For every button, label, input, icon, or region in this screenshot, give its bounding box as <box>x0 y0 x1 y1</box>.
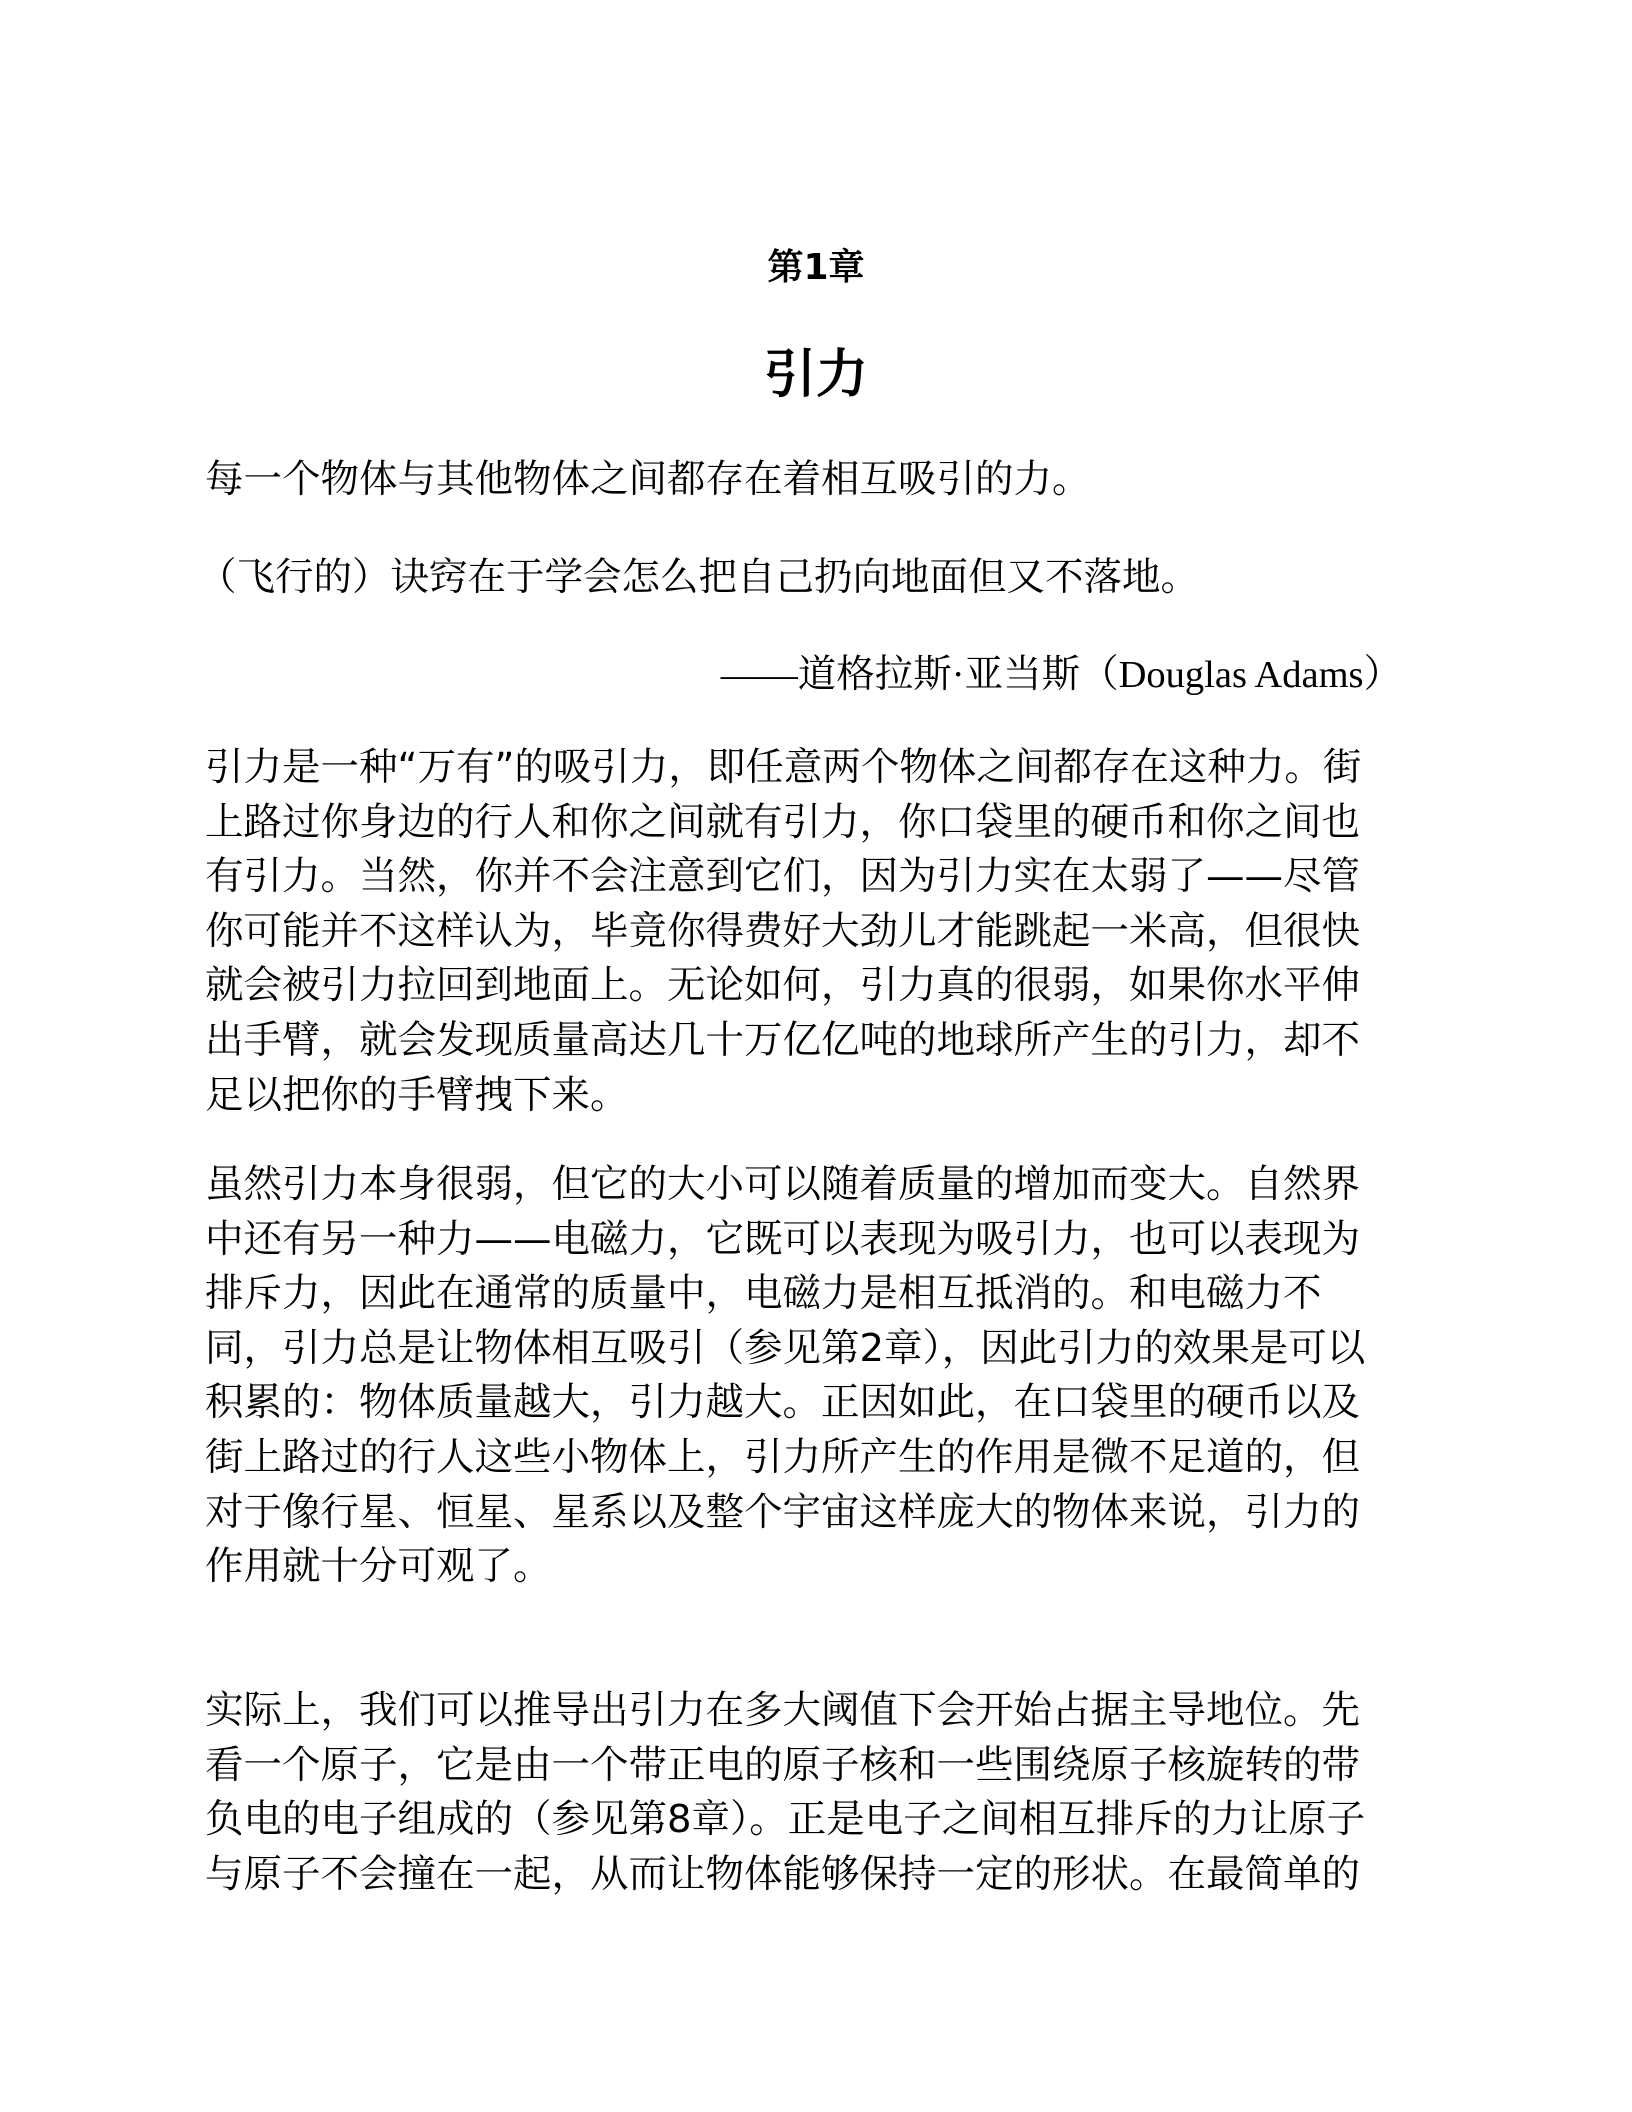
paragraph-line: 与原子不会撞在一起，从而让物体能够保持一定的形状。在最简单的 <box>205 1848 1415 1903</box>
paragraph-line: 排斥力，因此在通常的质量中，电磁力是相互抵消的。和电磁力不 <box>205 1267 1415 1322</box>
paragraph-line: 作用就十分可观了。 <box>205 1540 1415 1595</box>
epigraph-summary: 每一个物体与其他物体之间都存在着相互吸引的力。 <box>205 455 1091 505</box>
paragraph-line: 引力是一种“万有”的吸引力，即任意两个物体之间都存在这种力。街 <box>205 741 1415 796</box>
epigraph-quote: （飞行的）诀窍在于学会怎么把自己扔向地面但又不落地。 <box>198 553 1199 603</box>
paragraph-line: 中还有另一种力——电磁力，它既可以表现为吸引力，也可以表现为 <box>205 1213 1415 1268</box>
paragraph-line: 看一个原子，它是由一个带正电的原子核和一些围绕原子核旋转的带 <box>205 1739 1415 1794</box>
paragraph-line: 街上路过的行人这些小物体上，引力所产生的作用是微不足道的，但 <box>205 1431 1415 1486</box>
paragraph-line: 你可能并不这样认为，毕竟你得费好大劲儿才能跳起一米高，但很快 <box>205 905 1415 960</box>
paragraph-line: 虽然引力本身很弱，但它的大小可以随着质量的增加而变大。自然界 <box>205 1158 1415 1213</box>
paragraph-line: 出手臂，就会发现质量高达几十万亿亿吨的地球所产生的引力，却不 <box>205 1014 1415 1069</box>
epigraph-attribution: ——道格拉斯·亚当斯（Douglas Adams） <box>721 650 1402 700</box>
paragraph-line: 有引力。当然，你并不会注意到它们，因为引力实在太弱了——尽管 <box>205 850 1415 905</box>
paragraph-line: 实际上，我们可以推导出引力在多大阈值下会开始占据主导地位。先 <box>205 1684 1415 1739</box>
paragraph-line: 就会被引力拉回到地面上。无论如何，引力真的很弱，如果你水平伸 <box>205 959 1415 1014</box>
chapter-title: 引力 <box>0 340 1632 410</box>
paragraph-line: 对于像行星、恒星、星系以及整个宇宙这样庞大的物体来说，引力的 <box>205 1486 1415 1541</box>
paragraph-line: 负电的电子组成的（参见第8章）。正是电子之间相互排斥的力让原子 <box>205 1793 1415 1848</box>
paragraph-2: 虽然引力本身很弱，但它的大小可以随着质量的增加而变大。自然界 中还有另一种力——… <box>205 1158 1415 1595</box>
paragraph-line: 足以把你的手臂拽下来。 <box>205 1069 1415 1124</box>
document-page: 第1章 引力 每一个物体与其他物体之间都存在着相互吸引的力。 （飞行的）诀窍在于… <box>0 0 1632 2112</box>
paragraph-3: 实际上，我们可以推导出引力在多大阈值下会开始占据主导地位。先 看一个原子，它是由… <box>205 1684 1415 1902</box>
paragraph-line: 积累的：物体质量越大，引力越大。正因如此，在口袋里的硬币以及 <box>205 1376 1415 1431</box>
paragraph-1: 引力是一种“万有”的吸引力，即任意两个物体之间都存在这种力。街 上路过你身边的行… <box>205 741 1415 1123</box>
paragraph-line: 上路过你身边的行人和你之间就有引力，你口袋里的硬币和你之间也 <box>205 796 1415 851</box>
paragraph-line: 同，引力总是让物体相互吸引（参见第2章），因此引力的效果是可以 <box>205 1322 1415 1377</box>
chapter-number: 第1章 <box>0 245 1632 291</box>
